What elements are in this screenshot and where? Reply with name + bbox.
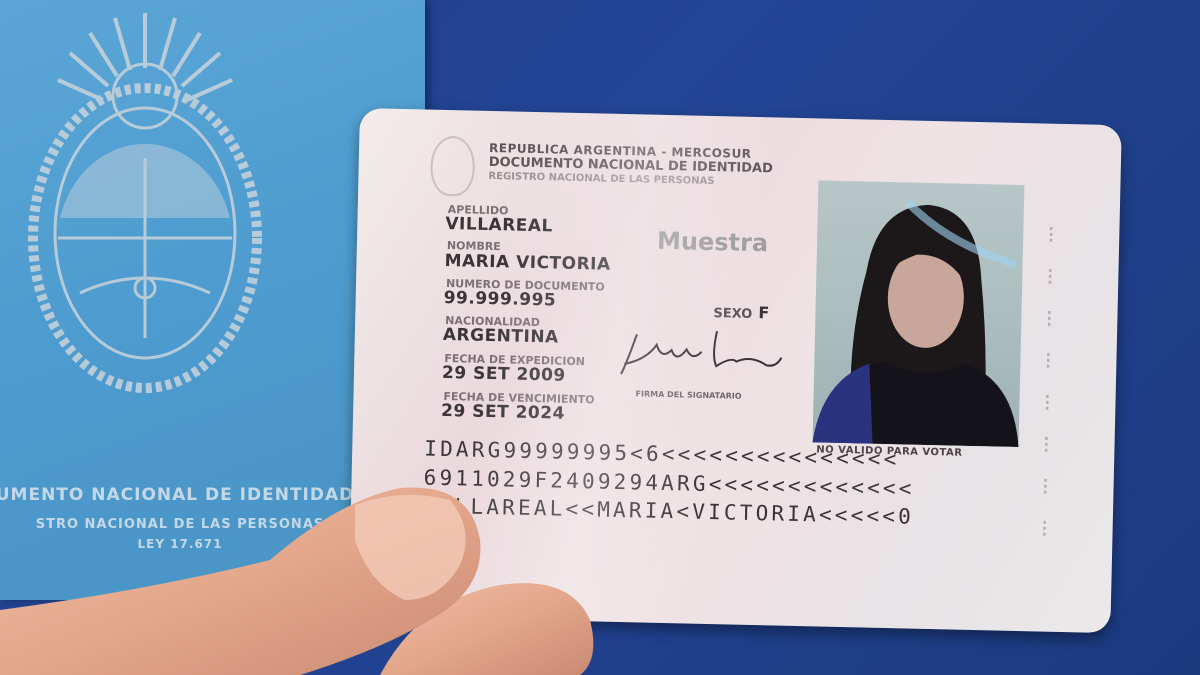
passport-title: UMENTO NACIONAL DE IDENTIDAD (0, 485, 370, 505)
coat-of-arms-icon (20, 8, 270, 398)
id-card: REPUBLICA ARGENTINA - MERCOSUR DOCUMENTO… (348, 108, 1121, 633)
passport-subtitle: STRO NACIONAL DE LAS PERSONAS (0, 517, 360, 532)
card-glare (348, 108, 1121, 633)
passport-law: LEY 17.671 (0, 537, 360, 551)
